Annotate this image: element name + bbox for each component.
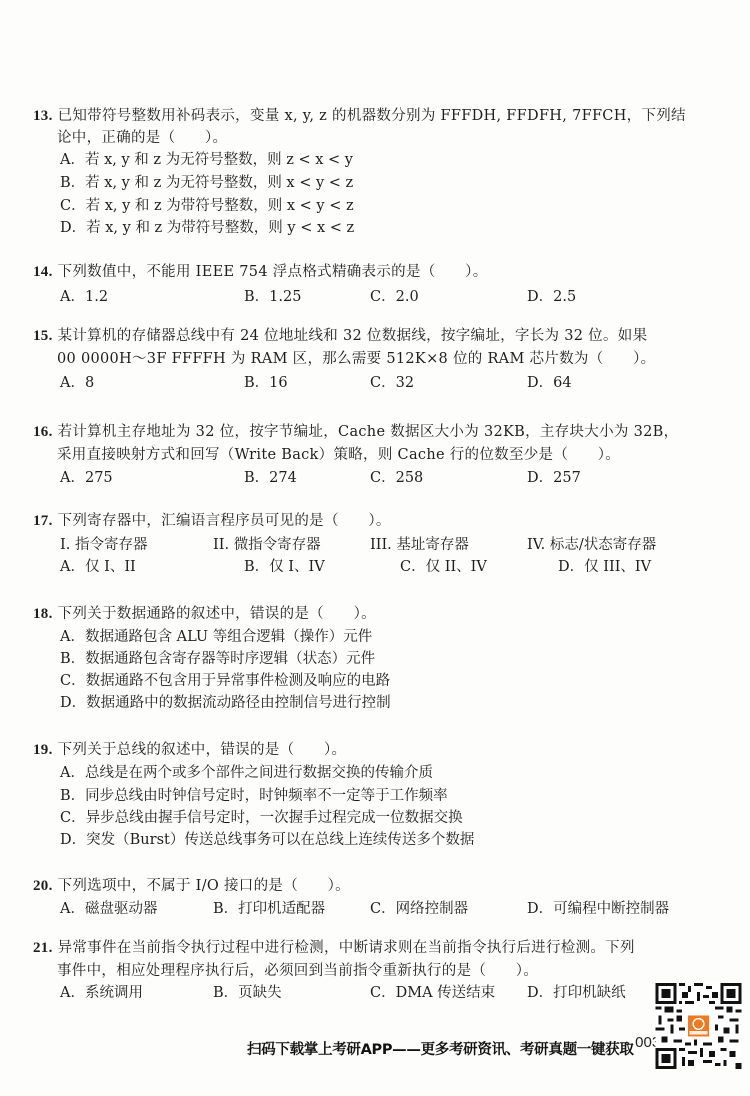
question-stem: 下列数值中，不能用 IEEE 754 浮点格式精确表示的是（ ）。 (58, 264, 488, 280)
option-a[interactable]: A．若 x, y 和 z 为无符号整数，则 z < x < y (60, 150, 353, 170)
option-a[interactable]: A．数据通路包含 ALU 等组合逻辑（操作）元件 (60, 627, 372, 647)
option-c[interactable]: C．32 (370, 373, 414, 393)
option-d[interactable]: D．打印机缺纸 (527, 983, 626, 1003)
question-stem: 下列关于总线的叙述中，错误的是（ ）。 (58, 742, 347, 758)
item-iii: III. 基址寄存器 (370, 535, 469, 555)
option-a[interactable]: A．总线是在两个或多个部件之间进行数据交换的传输介质 (60, 763, 433, 783)
question-stem: 异常事件在当前指令执行过程中进行检测，中断请求则在当前指令执行后进行检测。下列 (58, 940, 635, 956)
option-a[interactable]: A．1.2 (60, 287, 108, 307)
question-stem: 若计算机主存地址为 32 位，按字节编址，Cache 数据区大小为 32KB，主… (58, 424, 679, 440)
option-d[interactable]: D．仅 III、IV (558, 557, 651, 577)
option-b[interactable]: B．若 x, y 和 z 为无符号整数，则 x < y < z (60, 173, 353, 193)
option-d[interactable]: D．257 (527, 468, 581, 488)
question-stem: 已知带符号整数用补码表示，变量 x, y, z 的机器数分别为 FFFDH, F… (58, 108, 686, 124)
option-b[interactable]: B．同步总线由时钟信号定时，时钟频率不一定等于工作频率 (60, 786, 448, 806)
question-number: 17. (33, 513, 53, 529)
item-ii: II. 微指令寄存器 (213, 535, 321, 555)
option-d[interactable]: D．突发（Burst）传送总线事务可以在总线上连续传送多个数据 (60, 830, 474, 850)
option-a[interactable]: A．仅 I、II (60, 557, 136, 577)
option-d[interactable]: D．可编程中断控制器 (527, 899, 669, 919)
question-number: 13. (33, 108, 53, 124)
question-stem: 下列关于数据通路的叙述中，错误的是（ ）。 (58, 606, 376, 622)
option-d[interactable]: D．64 (527, 373, 572, 393)
option-b[interactable]: B．274 (244, 468, 297, 488)
question-stem-cont: 事件中，相应处理程序执行后，必须回到当前指令重新执行的是（ ）。 (57, 961, 538, 981)
item-iv: IV. 标志/状态寄存器 (527, 535, 656, 555)
option-b[interactable]: B．打印机适配器 (213, 899, 325, 919)
promo-footer-text: 扫码下载掌上考研APP——更多考研资讯、考研真题一键获取 (247, 1038, 634, 1059)
option-d[interactable]: D．数据通路中的数据流动路径由控制信号进行控制 (60, 693, 391, 713)
option-b[interactable]: B．数据通路包含寄存器等时序逻辑（状态）元件 (60, 649, 375, 669)
question-stem: 下列选项中，不属于 I/O 接口的是（ ）。 (58, 878, 350, 894)
qr-code-icon[interactable] (655, 983, 742, 1069)
option-d[interactable]: D．2.5 (527, 287, 576, 307)
question-number: 15. (33, 328, 53, 344)
option-b[interactable]: B．页缺失 (213, 983, 282, 1003)
question-stem-cont: 论中，正确的是（ ）。 (57, 128, 227, 148)
option-c[interactable]: C．若 x, y 和 z 为带符号整数，则 x < y < z (60, 196, 354, 216)
option-a[interactable]: A．系统调用 (60, 983, 143, 1003)
option-c[interactable]: C．数据通路不包含用于异常事件检测及响应的电路 (60, 671, 390, 691)
option-a[interactable]: A．8 (60, 373, 94, 393)
item-i: I. 指令寄存器 (60, 535, 147, 555)
option-a[interactable]: A．磁盘驱动器 (60, 899, 157, 919)
question-number: 18. (33, 606, 53, 622)
option-d[interactable]: D．若 x, y 和 z 为带符号整数，则 y < x < z (60, 218, 354, 238)
option-a[interactable]: A．275 (60, 468, 113, 488)
option-b[interactable]: B．仅 I、IV (244, 557, 325, 577)
option-c[interactable]: C．DMA 传送结束 (370, 983, 495, 1003)
question-stem-cont: 00 0000H～3F FFFFH 为 RAM 区，那么需要 512K×8 位的… (57, 349, 655, 369)
option-b[interactable]: B．1.25 (244, 287, 301, 307)
question-number: 16. (33, 424, 53, 440)
option-c[interactable]: C．仅 II、IV (400, 557, 487, 577)
option-b[interactable]: B．16 (244, 373, 288, 393)
question-number: 20. (33, 878, 53, 894)
option-c[interactable]: C．258 (370, 468, 423, 488)
question-number: 14. (33, 264, 53, 280)
question-number: 19. (33, 742, 53, 758)
option-c[interactable]: C．2.0 (370, 287, 419, 307)
exam-page: 13. 已知带符号整数用补码表示，变量 x, y, z 的机器数分别为 FFFD… (0, 0, 750, 1096)
question-stem-cont: 采用直接映射方式和回写（Write Back）策略，则 Cache 行的位数至少… (57, 445, 620, 465)
option-c[interactable]: C．异步总线由握手信号定时，一次握手过程完成一位数据交换 (60, 808, 463, 828)
question-stem: 下列寄存器中，汇编语言程序员可见的是（ ）。 (58, 513, 391, 529)
option-c[interactable]: C．网络控制器 (370, 899, 468, 919)
question-number: 21. (33, 940, 53, 956)
question-stem: 某计算机的存储器总线中有 24 位地址线和 32 位数据线，按字编址，字长为 3… (58, 328, 648, 344)
